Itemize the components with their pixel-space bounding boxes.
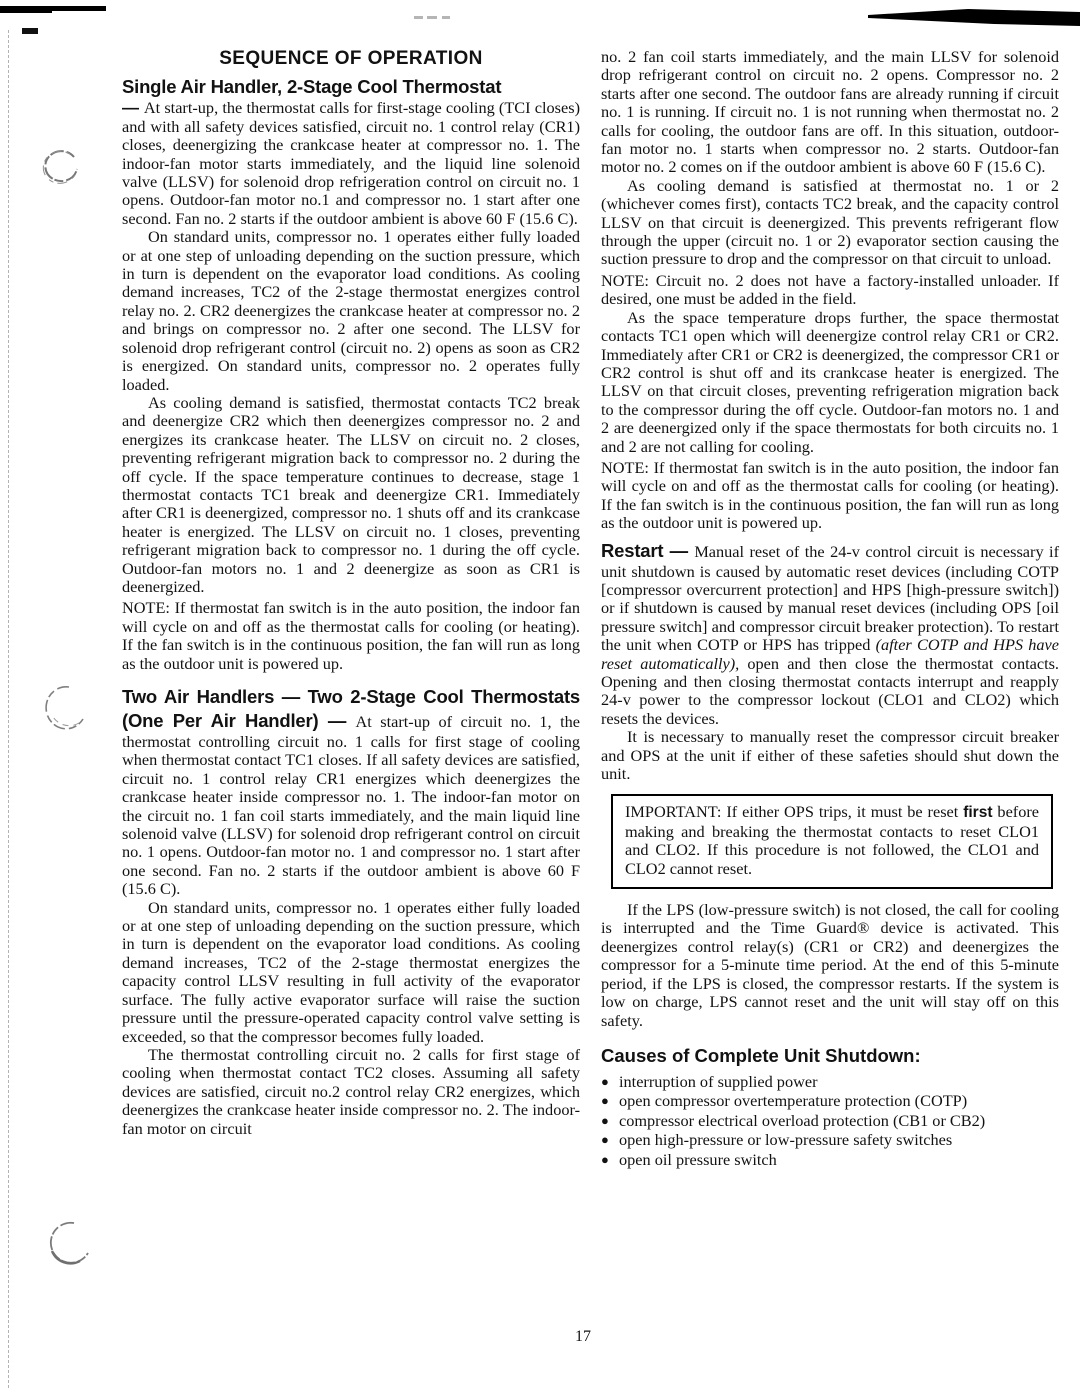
bullet-icon: ● xyxy=(601,1150,619,1170)
scan-artifact-top-left-tick xyxy=(22,28,38,34)
scan-artifact-dash xyxy=(414,16,423,19)
bullet-icon: ● xyxy=(601,1091,619,1111)
paragraph: — At start-up, the thermostat calls for … xyxy=(122,99,580,228)
paragraph: It is necessary to manually reset the co… xyxy=(601,728,1059,783)
list-item-text: open high-pressure or low-pressure safet… xyxy=(619,1130,952,1149)
right-column: no. 2 fan coil starts immediately, and t… xyxy=(601,48,1059,1169)
paragraph: As cooling demand is satisfied, thermost… xyxy=(122,394,580,596)
paragraph: Restart — Manual reset of the 24-v contr… xyxy=(601,539,1059,729)
section-heading-restart: Restart — xyxy=(601,540,694,561)
list-item: ●open oil pressure switch xyxy=(601,1150,1059,1170)
bullet-icon: ● xyxy=(601,1130,619,1150)
section-heading-single-air-handler: Single Air Handler, 2-Stage Cool Thermos… xyxy=(122,75,580,99)
scanned-manual-page: SEQUENCE OF OPERATION Single Air Handler… xyxy=(0,0,1080,1397)
list-item-text: open compressor overtemperature protecti… xyxy=(619,1091,967,1110)
list-item: ●interruption of supplied power xyxy=(601,1072,1059,1092)
scan-artifact-top-left-bar-thin xyxy=(0,11,52,13)
paragraph: On standard units, compressor no. 1 oper… xyxy=(122,228,580,394)
bold-word: first xyxy=(963,804,992,821)
bullet-icon: ● xyxy=(601,1111,619,1131)
note-paragraph: NOTE: If thermostat fan switch is in the… xyxy=(122,599,580,673)
paragraph-text: At start-up, the thermostat calls for fi… xyxy=(122,98,580,227)
list-item-text: interruption of supplied power xyxy=(619,1072,818,1091)
paragraph: If the LPS (low-pressure switch) is not … xyxy=(601,901,1059,1030)
bullet-icon: ● xyxy=(601,1072,619,1092)
scan-artifact-dash xyxy=(442,16,450,19)
pen-mark-icon xyxy=(46,1221,94,1269)
paragraph-text: At start-up of circuit no. 1, the thermo… xyxy=(122,712,580,898)
important-text: IMPORTANT: If either OPS trips, it must … xyxy=(625,802,963,821)
paragraph: The thermostat controlling circuit no. 2… xyxy=(122,1046,580,1138)
scan-artifact-dash xyxy=(427,16,437,19)
pen-mark-icon xyxy=(43,683,91,731)
list-item: ●compressor electrical overload protecti… xyxy=(601,1111,1059,1131)
paragraph: As the space temperature drops further, … xyxy=(601,309,1059,456)
important-box: IMPORTANT: If either OPS trips, it must … xyxy=(611,794,1053,889)
paragraph: As cooling demand is satisfied at thermo… xyxy=(601,177,1059,269)
scan-artifact-fold-line xyxy=(8,30,9,1388)
pen-mark-icon xyxy=(36,145,84,193)
scan-artifact-top-right-wedge xyxy=(868,7,1080,29)
paragraph: no. 2 fan coil starts immediately, and t… xyxy=(601,48,1059,177)
page-number: 17 xyxy=(575,1328,591,1346)
list-item-text: open oil pressure switch xyxy=(619,1150,777,1169)
left-column: SEQUENCE OF OPERATION Single Air Handler… xyxy=(122,50,580,1138)
lead-dash: — xyxy=(122,98,144,117)
paragraph: Two Air Handlers — Two 2-Stage Cool Ther… xyxy=(122,685,580,899)
causes-list: ●interruption of supplied power ●open co… xyxy=(601,1072,1059,1170)
list-item: ●open compressor overtemperature protect… xyxy=(601,1091,1059,1111)
list-item-text: compressor electrical overload protectio… xyxy=(619,1111,985,1130)
list-item: ●open high-pressure or low-pressure safe… xyxy=(601,1130,1059,1150)
note-paragraph: NOTE: If thermostat fan switch is in the… xyxy=(601,459,1059,533)
paragraph: On standard units, compressor no. 1 oper… xyxy=(122,899,580,1046)
page-title: SEQUENCE OF OPERATION xyxy=(122,50,580,68)
note-paragraph: NOTE: Circuit no. 2 does not have a fact… xyxy=(601,272,1059,309)
section-heading-causes: Causes of Complete Unit Shutdown: xyxy=(601,1044,1059,1068)
